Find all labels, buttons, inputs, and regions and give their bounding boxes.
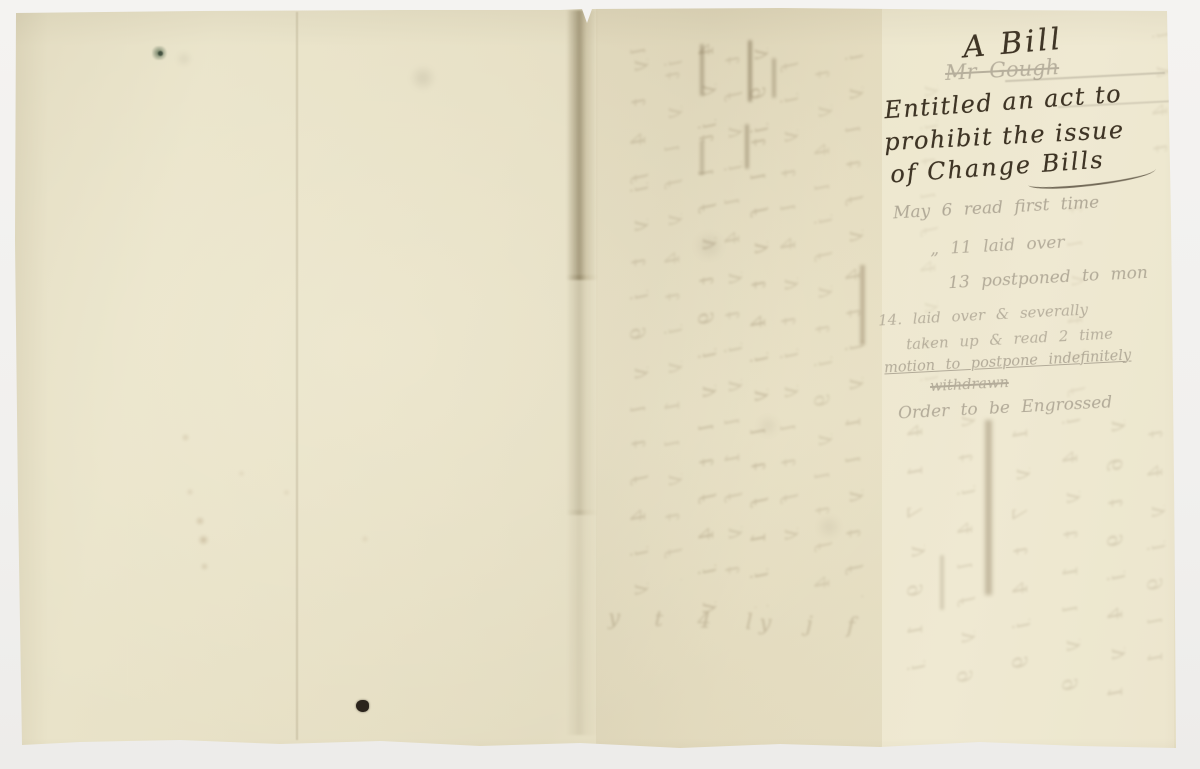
bleedthrough-column: j y l t f y 4 t j y 1 l y t f j y 4 t l …: [843, 54, 863, 599]
smudge: [815, 515, 843, 539]
fold-crease-center-top: [566, 10, 598, 280]
docket-note: „ 11 laid over: [930, 232, 1065, 259]
stain: [195, 516, 205, 526]
stain: [283, 489, 290, 496]
bleedthrough-column: y 6 t 9 j 4 y 1 l t y f j 4 y t l y j f …: [1105, 420, 1125, 715]
bleedthrough-column: t f y j l 4 y t j y l 1 f y t j 4 y l t …: [722, 56, 742, 596]
stain: [200, 562, 209, 571]
fold-crease-center-mid: [566, 275, 598, 515]
fold-crease-left: [296, 12, 298, 740]
stain: [181, 433, 190, 442]
docket-note: 14. laid over & severally: [878, 301, 1089, 330]
bleedthrough-column: 4 1 7 y 9 1 j 6 y 4 t y l j f y t 4 j y …: [905, 425, 925, 690]
stamp-speck: [152, 46, 168, 60]
bleedthrough-accent: [940, 555, 944, 610]
docket-note: May 6 read first time: [893, 193, 1100, 224]
bleedthrough-haze: [596, 8, 882, 748]
bleedthrough-column: y t j 4 l f y 9 t j y 4 f l t y j 1 y t …: [955, 415, 975, 695]
ink-blot: [356, 700, 369, 712]
bleedthrough-column: 4 y jt l f y t 9 j y l t f 4 j y t l y 1…: [696, 44, 716, 624]
bleedthrough-accent: [700, 44, 704, 96]
fold-stain-middle: [860, 265, 865, 345]
bleedthrough-column: t y 4 l j f y t j 9 y l t f 4 j y t l y …: [812, 70, 832, 590]
document-scan: ly t 4 fj y t j 9 y l t f 4 j y t l y j …: [0, 0, 1200, 769]
bleedthrough-column: f j y t l 4 y t j y l t f y j 9 y l t f …: [778, 62, 798, 562]
stain: [361, 535, 369, 543]
smudge: [408, 66, 438, 90]
stain: [198, 534, 209, 546]
smudge: [176, 52, 192, 66]
smudge: [755, 415, 781, 437]
stain: [186, 488, 194, 496]
bleedthrough-column: t 4 y j 9 l 1 y 6 t j y 4 f l t y j y t …: [1145, 430, 1165, 690]
bleedthrough-accent: [772, 58, 776, 98]
bleedthrough-accent: [748, 40, 752, 102]
docket-note: 13 postponed to mon: [948, 263, 1149, 293]
bleedthrough-column: j 4 y t 1 l y 9 f j y t 4 l y j 6 f t y …: [1060, 418, 1080, 693]
crossed-out-name: Mr Gough: [944, 55, 1059, 85]
stain: [238, 470, 245, 477]
docket-note: Order to be Engrossed: [898, 392, 1113, 423]
bleedthrough-column: jt y l f y 4 t j y 1 l y t f j y 4 t l y…: [662, 60, 682, 580]
manuscript-paper: ly t 4 fj y t j 9 y l t f 4 j y t l y j …: [0, 0, 1200, 769]
smudge: [692, 232, 726, 260]
fold-crease-center-bottom: [566, 510, 598, 735]
bleedthrough-column: 1 y 7 t 4 j 9 y 6 l t y f j 4 y t l y j …: [1010, 428, 1030, 683]
bleedthrough-column: ly t 4 fj y t j 9 y l t f 4 j y t l y j …: [628, 48, 648, 608]
fold-stain-right: [985, 420, 992, 595]
bleedthrough-column: y 9 jt l f y t 4 j y l t f 1 j y t l y j…: [748, 48, 768, 608]
docket-note: withdrawn: [930, 375, 1010, 395]
bleedthrough-row: y t 4 ly j f y 9 t j y 4 f l t y j: [608, 605, 884, 639]
bleedthrough-accent: [745, 124, 749, 169]
bleedthrough-accent: [700, 140, 704, 175]
